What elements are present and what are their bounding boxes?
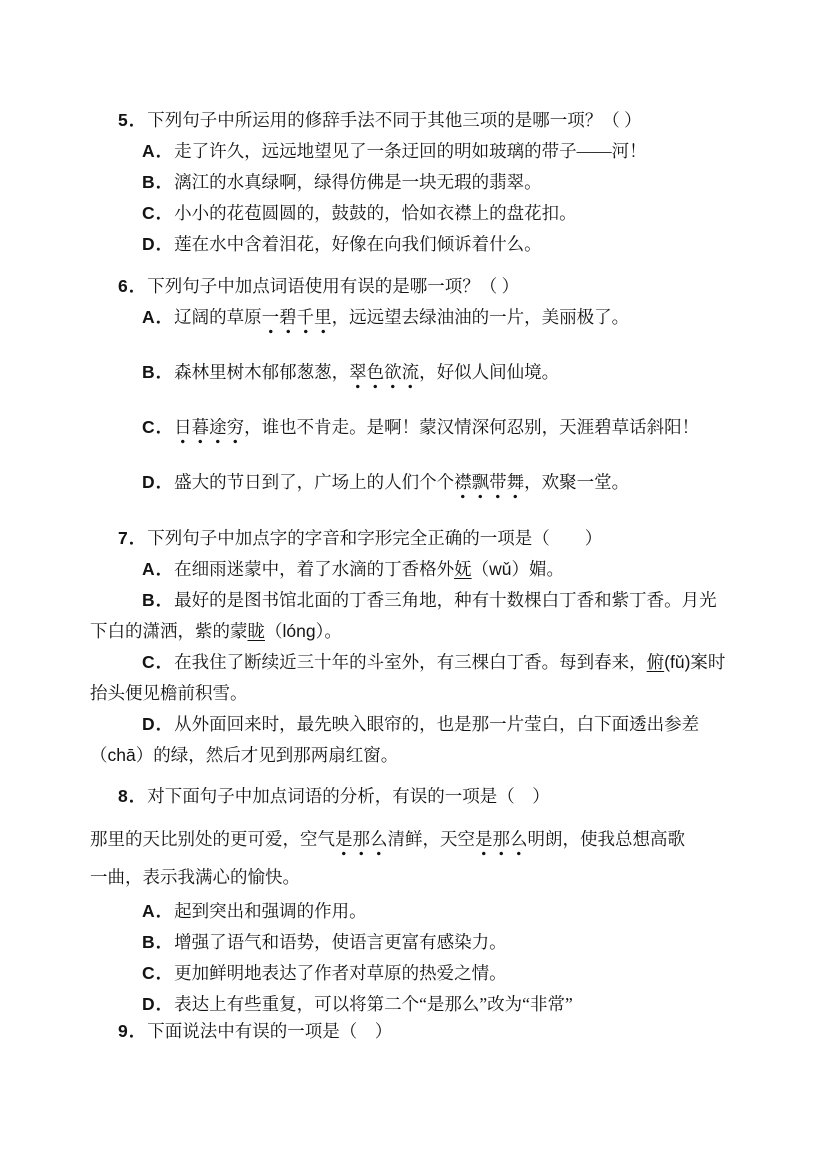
question-8-option-a: A．起到突出和强调的作用。	[90, 896, 780, 927]
text-segment: 的绿，然后才见到那两扇红窗。	[153, 745, 398, 765]
option-a-marker: A．	[142, 141, 174, 161]
emphasis-dotted-text: 襟飘带舞	[454, 472, 524, 499]
question-5-number: 5．	[118, 110, 147, 130]
option-b-text: 增强了语气和语势，使语言更富有感染力。	[174, 932, 507, 952]
question-7: 7．下列句子中加点字的字音和字形完全正确的一项是（ ） A．在细雨迷蒙中，着了水…	[90, 523, 780, 771]
option-d-text: 从外面回来时，最先映入眼帘的，也是那一片莹白，白下面透出参差（chā）的绿，然后…	[90, 714, 699, 765]
question-7-number: 7．	[118, 528, 147, 548]
text-segment: 案时	[690, 652, 725, 672]
text-segment: ，远远望去绿油油的一片，美丽极了。	[332, 307, 630, 327]
question-9: 9．下面说法中有误的一项是（ ）	[90, 1016, 780, 1047]
option-c-marker: C．	[142, 652, 174, 672]
question-7-option-a: A．在细雨迷蒙中，着了水滴的丁香格外妩（wǔ）媚。	[90, 554, 780, 585]
text-segment: 对下面句子中加点词语的分析，有误的一项是（ ）	[147, 786, 550, 806]
emphasis-dotted-text: 日暮途穷	[174, 417, 244, 444]
question-5-option-a: A．走了许久，远远地望见了一条迂回的明如玻璃的带子——河！	[90, 136, 780, 167]
underlined-character: 妩	[454, 559, 472, 579]
option-d-marker: D．	[142, 714, 174, 734]
underlined-character: 俯	[647, 652, 665, 672]
question-7-stem: 7．下列句子中加点字的字音和字形完全正确的一项是（ ）	[90, 523, 780, 554]
option-d-marker: D．	[142, 234, 174, 254]
pinyin-annotation: (fǔ)	[664, 652, 690, 672]
question-5-stem-text: 下列句子中所运用的修辞手法不同于其他三项的是哪一项？（ ）	[147, 110, 641, 130]
question-7-option-c: C．在我住了断续近三十年的斗室外，有三棵白丁香。每到春来，俯(fǔ)案时抬头便见…	[90, 647, 780, 709]
question-6: 6．下列句子中加点词语使用有误的是哪一项？（ ） A．辽阔的草原一碧千里，远远望…	[90, 271, 780, 498]
text-segment: 在我住了断续近三十年的斗室外，有三棵白丁香。每到春来，	[174, 652, 647, 672]
option-a-text: 辽阔的草原一碧千里，远远望去绿油油的一片，美丽极了。	[174, 307, 629, 334]
question-5-option-c: C．小小的花苞圆圆的，鼓鼓的，恰如衣襟上的盘花扣。	[90, 198, 780, 229]
text-segment: 抬头便见檐前积雪。	[90, 683, 248, 703]
option-c-marker: C．	[142, 417, 174, 437]
question-9-stem: 9．下面说法中有误的一项是（ ）	[90, 1016, 780, 1047]
text-segment: 辽阔的草原	[174, 307, 262, 327]
question-5-option-b: B．漓江的水真绿啊，绿得仿佛是一块无瑕的翡翠。	[90, 167, 780, 198]
option-c-text: 日暮途穷，谁也不肯走。是啊！蒙汉情深何忍别，天涯碧草话斜阳！	[174, 417, 699, 444]
text-segment: 增强了语气和语势，使语言更富有感染力。	[174, 932, 507, 952]
text-segment: 更加鲜明地表达了作者对草原的热爱之情。	[174, 963, 507, 983]
option-b-text: 漓江的水真绿啊，绿得仿佛是一块无瑕的翡翠。	[174, 172, 542, 192]
question-7-option-b: B．最好的是图书馆北面的丁香三角地，种有十数棵白丁香和紫丁香。月光下白的潇洒，紫…	[90, 585, 780, 647]
option-a-text: 在细雨迷蒙中，着了水滴的丁香格外妩（wǔ）媚。	[174, 559, 564, 579]
question-8-stem: 8．对下面句子中加点词语的分析，有误的一项是（ ）	[90, 781, 780, 812]
pinyin-annotation: （lóng）	[265, 621, 324, 641]
option-c-marker: C．	[142, 203, 174, 223]
text-segment: 清鲜，天空	[388, 829, 476, 849]
text-segment: 森林里树木郁郁葱葱，	[174, 362, 349, 382]
option-d-text: 表达上有些重复，可以将第二个“是那么”改为“非常”	[174, 994, 573, 1014]
text-segment: 。	[324, 621, 342, 641]
option-d-marker: D．	[142, 994, 174, 1014]
emphasis-dotted-text: 是那么	[335, 829, 388, 856]
question-8-passage: 那里的天比别处的更可爱，空气是那么清鲜，天空是那么明朗，使我总想高歌一曲，表示我…	[90, 820, 780, 896]
text-segment: 莲在水中含着泪花，好像在向我们倾诉着什么。	[174, 234, 542, 254]
text-segment: ，谁也不肯走。是啊！蒙汉情深何忍别，天涯碧草话斜阳！	[244, 417, 699, 437]
text-segment: 从外面回来时，最先映入眼帘的，也是那一片莹白，白下面透出参差	[174, 714, 699, 734]
text-segment: 漓江的水真绿啊，绿得仿佛是一块无瑕的翡翠。	[174, 172, 542, 192]
text-segment: 最好的是图书馆北面的丁香三角地，种有十数棵白丁香和紫丁香。月光	[174, 590, 717, 610]
text-segment: 明朗，使我总想高歌	[528, 829, 686, 849]
option-b-marker: B．	[142, 362, 174, 382]
option-c-text: 更加鲜明地表达了作者对草原的热爱之情。	[174, 963, 507, 983]
text-segment: 下列句子中所运用的修辞手法不同于其他三项的是哪一项？（ ）	[147, 110, 641, 130]
text-segment: 表达上有些重复，可以将第二个“是那么”改为“非常”	[174, 994, 573, 1014]
text-segment: 一曲，表示我满心的愉快。	[90, 867, 300, 887]
option-c-marker: C．	[142, 963, 174, 983]
pinyin-annotation: （wǔ）	[472, 559, 529, 579]
option-a-text: 起到突出和强调的作用。	[174, 901, 367, 921]
text-segment: 走了许久，远远地望见了一条迂回的明如玻璃的带子——河！	[174, 141, 647, 161]
question-6-option-d: D．盛大的节日到了，广场上的人们个个襟飘带舞，欢聚一堂。	[90, 467, 780, 498]
question-8-option-c: C．更加鲜明地表达了作者对草原的热爱之情。	[90, 958, 780, 989]
emphasis-dotted-text: 翠色欲流	[349, 362, 419, 389]
question-6-option-a: A．辽阔的草原一碧千里，远远望去绿油油的一片，美丽极了。	[90, 302, 780, 333]
option-c-text: 小小的花苞圆圆的，鼓鼓的，恰如衣襟上的盘花扣。	[174, 203, 577, 223]
option-b-marker: B．	[142, 590, 174, 610]
option-a-marker: A．	[142, 901, 174, 921]
question-8-number: 8．	[118, 786, 147, 806]
question-8-option-b: B．增强了语气和语势，使语言更富有感染力。	[90, 927, 780, 958]
option-d-marker: D．	[142, 472, 174, 492]
question-6-stem: 6．下列句子中加点词语使用有误的是哪一项？（ ）	[90, 271, 780, 302]
option-b-text: 森林里树木郁郁葱葱，翠色欲流，好似人间仙境。	[174, 362, 559, 389]
option-a-marker: A．	[142, 559, 174, 579]
text-segment: 起到突出和强调的作用。	[174, 901, 367, 921]
question-6-option-b: B．森林里树木郁郁葱葱，翠色欲流，好似人间仙境。	[90, 357, 780, 388]
text-segment: 下列句子中加点词语使用有误的是哪一项？（ ）	[147, 276, 519, 296]
underlined-character: 眬	[248, 621, 266, 641]
option-b-text: 最好的是图书馆北面的丁香三角地，种有十数棵白丁香和紫丁香。月光下白的潇洒，紫的蒙…	[90, 590, 717, 641]
text-segment: 下面说法中有误的一项是（ ）	[147, 1021, 392, 1041]
option-b-marker: B．	[142, 932, 174, 952]
question-5-option-d: D．莲在水中含着泪花，好像在向我们倾诉着什么。	[90, 229, 780, 260]
text-segment: 下白的潇洒，紫的蒙	[90, 621, 248, 641]
pinyin-annotation: （chā）	[90, 745, 153, 765]
question-9-number: 9．	[118, 1021, 147, 1041]
option-a-marker: A．	[142, 307, 174, 327]
question-6-stem-text: 下列句子中加点词语使用有误的是哪一项？（ ）	[147, 276, 519, 296]
option-a-text: 走了许久，远远地望见了一条迂回的明如玻璃的带子——河！	[174, 141, 647, 161]
text-segment: 在细雨迷蒙中，着了水滴的丁香格外	[174, 559, 454, 579]
question-8-stem-text: 对下面句子中加点词语的分析，有误的一项是（ ）	[147, 786, 550, 806]
question-6-option-c: C．日暮途穷，谁也不肯走。是啊！蒙汉情深何忍别，天涯碧草话斜阳！	[90, 412, 780, 443]
option-d-text: 盛大的节日到了，广场上的人们个个襟飘带舞，欢聚一堂。	[174, 472, 629, 499]
text-segment: 下列句子中加点字的字音和字形完全正确的一项是（ ）	[147, 528, 602, 548]
question-9-stem-text: 下面说法中有误的一项是（ ）	[147, 1021, 392, 1041]
emphasis-dotted-text: 是那么	[475, 829, 528, 856]
text-segment: ，欢聚一堂。	[524, 472, 629, 492]
text-segment: 小小的花苞圆圆的，鼓鼓的，恰如衣襟上的盘花扣。	[174, 203, 577, 223]
question-8: 8．对下面句子中加点词语的分析，有误的一项是（ ） 那里的天比别处的更可爱，空气…	[90, 781, 780, 1020]
text-segment: 盛大的节日到了，广场上的人们个个	[174, 472, 454, 492]
question-5-stem: 5．下列句子中所运用的修辞手法不同于其他三项的是哪一项？（ ）	[90, 105, 780, 136]
question-6-number: 6．	[118, 276, 147, 296]
question-5: 5．下列句子中所运用的修辞手法不同于其他三项的是哪一项？（ ） A．走了许久，远…	[90, 105, 780, 260]
text-segment: 媚。	[529, 559, 564, 579]
emphasis-dotted-text: 一碧千里	[262, 307, 332, 334]
text-segment: 那里的天比别处的更可爱，空气	[90, 829, 335, 849]
document-page: 5．下列句子中所运用的修辞手法不同于其他三项的是哪一项？（ ） A．走了许久，远…	[0, 0, 826, 1169]
question-7-option-d: D．从外面回来时，最先映入眼帘的，也是那一片莹白，白下面透出参差（chā）的绿，…	[90, 709, 780, 771]
option-d-text: 莲在水中含着泪花，好像在向我们倾诉着什么。	[174, 234, 542, 254]
text-segment: ，好似人间仙境。	[419, 362, 559, 382]
option-b-marker: B．	[142, 172, 174, 192]
question-7-stem-text: 下列句子中加点字的字音和字形完全正确的一项是（ ）	[147, 528, 602, 548]
option-c-text: 在我住了断续近三十年的斗室外，有三棵白丁香。每到春来，俯(fǔ)案时抬头便见檐前…	[90, 652, 725, 703]
